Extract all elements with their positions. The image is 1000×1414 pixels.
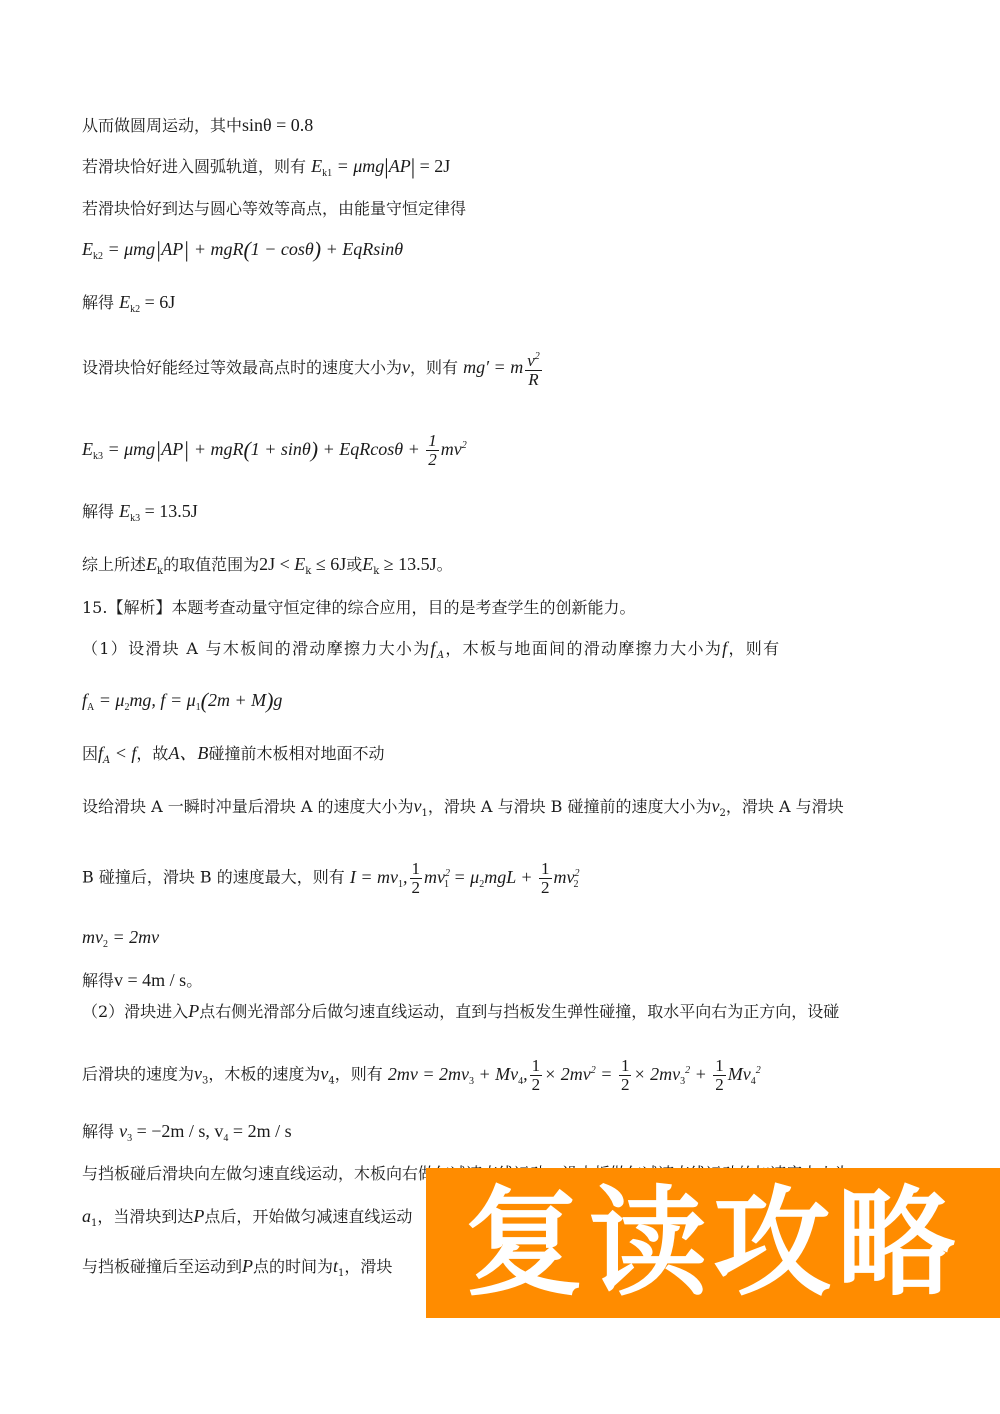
math-var: P [242, 1256, 253, 1276]
math-var: E [82, 239, 93, 259]
math-part: 2J < [259, 554, 294, 574]
fraction: 12 [539, 860, 552, 897]
math-part: + mgR [189, 439, 243, 459]
line-text: 点的时间为 [253, 1257, 333, 1276]
denominator: 2 [410, 879, 423, 897]
math-part: = 13.5J [140, 501, 198, 521]
math-part: 1 + sinθ [251, 439, 311, 459]
math-part: mg, f = μ [129, 690, 195, 710]
math-sup: 2 [756, 1065, 761, 1076]
math-var: E [82, 439, 93, 459]
math-sub: 2 [574, 879, 579, 890]
math-part: = [596, 1064, 617, 1084]
math-sub: k3 [93, 451, 103, 462]
numerator: 1 [619, 1057, 632, 1076]
fraction: 12 [619, 1057, 632, 1094]
line-text: 点右侧光滑部分后做匀速直线运动，直到与挡板发生弹性碰撞，取水平向右为正方向，设碰 [199, 1002, 839, 1021]
math-sub: k2 [130, 304, 140, 315]
math-part: mgL + [484, 867, 537, 887]
math-expression: 2mv = 2mv3 + Mv4,12× 2mv2 = 12× 2mv32 + … [388, 1064, 761, 1084]
line-text: 解得 [82, 971, 114, 990]
text-line-6: 设滑块恰好能经过等效最高点时的速度大小为v，则有 mg′ = mv2R [82, 348, 544, 389]
math-part: + EqRsinθ [321, 239, 403, 259]
line-text: （1）设滑块 A 与木板间的滑动摩擦力大小为 [82, 639, 431, 658]
text-line-3: 若滑块恰好到达与圆心等效等高点，由能量守恒定律得 [82, 198, 466, 220]
math-part: = μmg [103, 439, 155, 459]
math-sup: 2 [462, 440, 467, 451]
math-var: E [311, 156, 322, 176]
math-part: Mv [728, 1064, 751, 1084]
math-expression: I = mv1,12mv21 = μ2mgL + 12mv22 [350, 867, 579, 887]
math-part: × 2mv [544, 1064, 591, 1084]
math-expression: v3 = −2m / s, v4 = 2m / s [119, 1121, 291, 1141]
text-line-19: 后滑块的速度为v3，木板的速度为v4，则有 2mv = 2mv3 + Mv4,1… [82, 1057, 761, 1094]
line-text: 解得 [82, 293, 114, 312]
math-part: mg′ = m [463, 357, 523, 377]
text-line-10: 15.【解析】本题考查动量守恒定律的综合应用，目的是考查学生的创新能力。 [82, 597, 635, 619]
math-part: ≥ 13.5J [379, 554, 436, 574]
paren-open: ( [243, 437, 250, 462]
denominator: 2 [426, 451, 439, 469]
math-sup: 2 [575, 868, 580, 879]
math-part: mv [82, 927, 103, 947]
math-expression: fA = μ2mg, f = μ1(2m + M)g [82, 690, 282, 710]
math-part: g [273, 690, 282, 710]
numerator: 1 [426, 432, 439, 451]
math-part: , [523, 1064, 528, 1084]
math-part: AP [389, 156, 411, 176]
text-line-8: 解得 Ek3 = 13.5J [82, 500, 198, 530]
math-sub: 4 [751, 1076, 756, 1087]
math-part: = 2mv [108, 927, 159, 947]
line-text: 从而做圆周运动，其中 [82, 116, 242, 135]
math-part: mv [554, 867, 575, 887]
math-var: a [82, 1206, 91, 1226]
line-text: ，故 [136, 744, 168, 763]
line-text: ，则有 [728, 639, 780, 658]
denominator: R [526, 371, 540, 389]
line-text: 或 [346, 555, 362, 574]
math-part: = μmg [103, 239, 155, 259]
math-part: AP [161, 239, 183, 259]
math-var: v [712, 796, 720, 816]
math-part: , [403, 867, 408, 887]
math-part: = μ [449, 867, 479, 887]
math-sub: k1 [322, 168, 332, 179]
denominator: 2 [530, 1076, 543, 1094]
math-var: E [362, 554, 373, 574]
math-part: = 6J [140, 292, 175, 312]
numerator: v2 [525, 348, 542, 371]
math-part: mv [441, 439, 462, 459]
math-part: + [690, 1064, 711, 1084]
line-text: ，则有 [410, 358, 458, 377]
text-line-11: （1）设滑块 A 与木板间的滑动摩擦力大小为fA，木板与地面间的滑动摩擦力大小为… [82, 637, 780, 667]
math-part: = μ [94, 690, 124, 710]
text-line-7: Ek3 = μmg|AP| + mgR(1 + sinθ) + EqRcosθ … [82, 432, 467, 469]
text-line-12: fA = μ2mg, f = μ1(2m + M)g [82, 689, 282, 719]
fraction: 12 [410, 860, 423, 897]
fraction: v2R [525, 348, 542, 389]
math-part: 1 − cosθ [251, 239, 314, 259]
math-part: 2m + M [208, 690, 266, 710]
line-text: 若滑块恰好到达与圆心等效等高点，由能量守恒定律得 [82, 199, 466, 218]
text-line-22: a1，当滑块到达P点后，开始做匀减速直线运动 [82, 1205, 412, 1235]
text-line-18: （2）滑块进入P点右侧光滑部分后做匀速直线运动，直到与挡板发生弹性碰撞，取水平向… [82, 1000, 839, 1023]
math-part: + mgR [189, 239, 243, 259]
math-part: = −2m / s, v [132, 1121, 223, 1141]
math-var: P [193, 1206, 204, 1226]
math-part: 2mv = 2mv [388, 1064, 469, 1084]
math-var: E [119, 501, 130, 521]
math-var: E [146, 554, 157, 574]
line-text: 解得 [82, 1122, 114, 1141]
line-text: 设给滑块 A 一瞬时冲量后滑块 A 的速度大小为 [82, 797, 413, 816]
fraction: 12 [530, 1057, 543, 1094]
denominator: 2 [713, 1076, 726, 1094]
math-var: P [188, 1001, 199, 1021]
text-line-23: 与挡板碰撞后至运动到P点的时间为t1，滑块 [82, 1255, 392, 1285]
text-line-1: 从而做圆周运动，其中sinθ = 0.8 [82, 114, 313, 137]
paren-close: ) [314, 237, 321, 262]
line-text: 。 [186, 971, 202, 990]
text-line-5: 解得 Ek2 = 6J [82, 291, 175, 321]
text-line-15: B 碰撞后，滑块 B 的速度最大，则有 I = mv1,12mv21 = μ2m… [82, 860, 579, 897]
line-text: （2）滑块进入 [82, 1002, 188, 1021]
line-text: 因 [82, 744, 98, 763]
line-text: 的取值范围为 [163, 555, 259, 574]
text-line-9: 综上所述Ek的取值范围为2J < Ek ≤ 6J或Ek ≥ 13.5J。 [82, 553, 453, 583]
line-text: 碰撞前木板相对地面不动 [208, 744, 384, 763]
math-sup: 2 [535, 351, 540, 362]
paren-close: ) [311, 437, 318, 462]
math-var: v [527, 351, 535, 370]
line-text: ，滑块 [344, 1257, 392, 1276]
math-expression: Ek3 = 13.5J [119, 501, 198, 521]
line-text: ，木板的速度为 [208, 1065, 320, 1084]
fraction: 12 [426, 432, 439, 469]
math-part: ≤ 6J [311, 554, 346, 574]
numerator: 1 [410, 860, 423, 879]
math-part: = 2m / s [228, 1121, 291, 1141]
math-expression: v = 4m / s [114, 970, 186, 990]
numerator: 1 [539, 860, 552, 879]
text-line-17: 解得v = 4m / s。 [82, 969, 202, 992]
math-expression: Ek2 = μmg|AP| + mgR(1 − cosθ) + EqRsinθ [82, 239, 403, 259]
math-part: I = mv [350, 867, 398, 887]
numerator: 1 [530, 1057, 543, 1076]
text-line-20: 解得 v3 = −2m / s, v4 = 2m / s [82, 1120, 292, 1150]
math-part: = 2J [415, 156, 450, 176]
math-var: v [119, 1121, 127, 1141]
math-part: A、B [168, 743, 208, 763]
math-expression: sinθ = 0.8 [242, 115, 313, 135]
line-text: ，滑块 A 与滑块 B 碰撞前的速度大小为 [428, 797, 712, 816]
line-text: ，木板与地面间的滑动摩擦力大小为 [445, 639, 722, 658]
line-text: 。 [437, 555, 453, 574]
math-part: < f [110, 743, 136, 763]
line-text: 点后，开始做匀减速直线运动 [204, 1207, 412, 1226]
text-line-13: 因fA < f，故A、B碰撞前木板相对地面不动 [82, 742, 384, 772]
line-text: ，则有 [335, 1065, 383, 1084]
fraction: 12 [713, 1057, 726, 1094]
text-line-2: 若滑块恰好进入圆弧轨道，则有 Ek1 = μmg|AP| = 2J [82, 155, 450, 185]
line-text: ，滑块 A 与滑块 [726, 797, 844, 816]
math-var: v [194, 1064, 202, 1084]
math-sub: k3 [130, 513, 140, 524]
math-var: v [402, 357, 410, 377]
watermark-banner: 复读攻略 [426, 1168, 1000, 1318]
math-expression: Ek1 = μmg|AP| = 2J [311, 156, 450, 176]
math-expression: mv2 = 2mv [82, 927, 159, 947]
watermark-text: 复读攻略 [465, 1184, 961, 1302]
math-part: = μmg [332, 156, 384, 176]
math-part: AP [161, 439, 183, 459]
line-text: 后滑块的速度为 [82, 1065, 194, 1084]
line-text: 解得 [82, 502, 114, 521]
section-heading: 15.【解析】本题考查动量守恒定律的综合应用，目的是考查学生的创新能力。 [82, 598, 635, 617]
math-expression: Ek2 = 6J [119, 292, 175, 312]
text-line-16: mv2 = 2mv [82, 926, 159, 956]
paren-open: ( [243, 237, 250, 262]
numerator: 1 [713, 1057, 726, 1076]
line-text: 设滑块恰好能经过等效最高点时的速度大小为 [82, 358, 402, 377]
line-text: 若滑块恰好进入圆弧轨道，则有 [82, 157, 306, 176]
math-part: mv [424, 867, 445, 887]
math-expression: Ek3 = μmg|AP| + mgR(1 + sinθ) + EqRcosθ … [82, 439, 467, 459]
math-sub: 3 [680, 1076, 685, 1087]
denominator: 2 [539, 879, 552, 897]
math-part: + EqRcosθ + [318, 439, 424, 459]
text-line-4: Ek2 = μmg|AP| + mgR(1 − cosθ) + EqRsinθ [82, 238, 403, 268]
text-line-14: 设给滑块 A 一瞬时冲量后滑块 A 的速度大小为v1，滑块 A 与滑块 B 碰撞… [82, 795, 844, 825]
math-part: × 2mv [633, 1064, 680, 1084]
line-text: 综上所述 [82, 555, 146, 574]
line-text: 与挡板碰撞后至运动到 [82, 1257, 242, 1276]
math-sub: k2 [93, 251, 103, 262]
math-var: E [119, 292, 130, 312]
math-var: E [294, 554, 305, 574]
math-part: + Mv [474, 1064, 518, 1084]
paren-open: ( [201, 688, 208, 713]
line-text: ，当滑块到达 [97, 1207, 193, 1226]
line-text: B 碰撞后，滑块 B 的速度最大，则有 [82, 868, 345, 887]
denominator: 2 [619, 1076, 632, 1094]
